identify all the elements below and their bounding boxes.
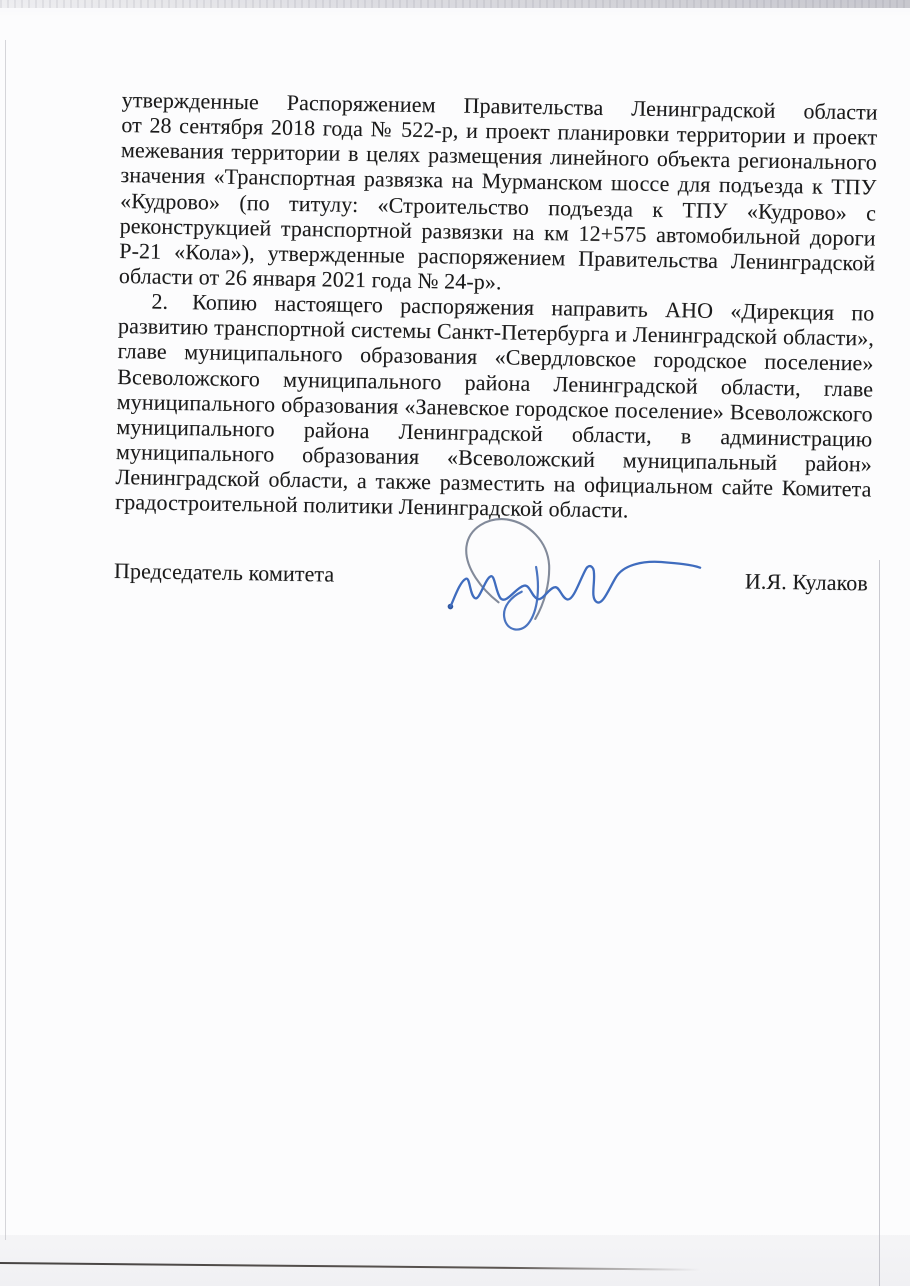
scan-edge-line-left	[5, 40, 6, 1240]
scan-edge-line-right	[879, 560, 880, 1286]
scanned-document-page: утвержденные Распоряжением Правительства…	[0, 0, 910, 1286]
list-number: 2.	[151, 289, 168, 314]
document-body: утвержденные Распоряжением Правительства…	[104, 87, 878, 1199]
paragraph-1: утвержденные Распоряжением Правительства…	[119, 87, 878, 301]
signature-block: Председатель комитета И.Я. Кулаков	[114, 558, 870, 596]
signatory-title: Председатель комитета	[114, 558, 335, 587]
scan-noise-artifact-top	[0, 0, 910, 8]
scan-shade-bottom	[0, 1235, 910, 1286]
signatory-name: И.Я. Кулаков	[745, 568, 870, 595]
paragraph-2: 2. Копию настоящего распоряжения направи…	[115, 288, 875, 527]
